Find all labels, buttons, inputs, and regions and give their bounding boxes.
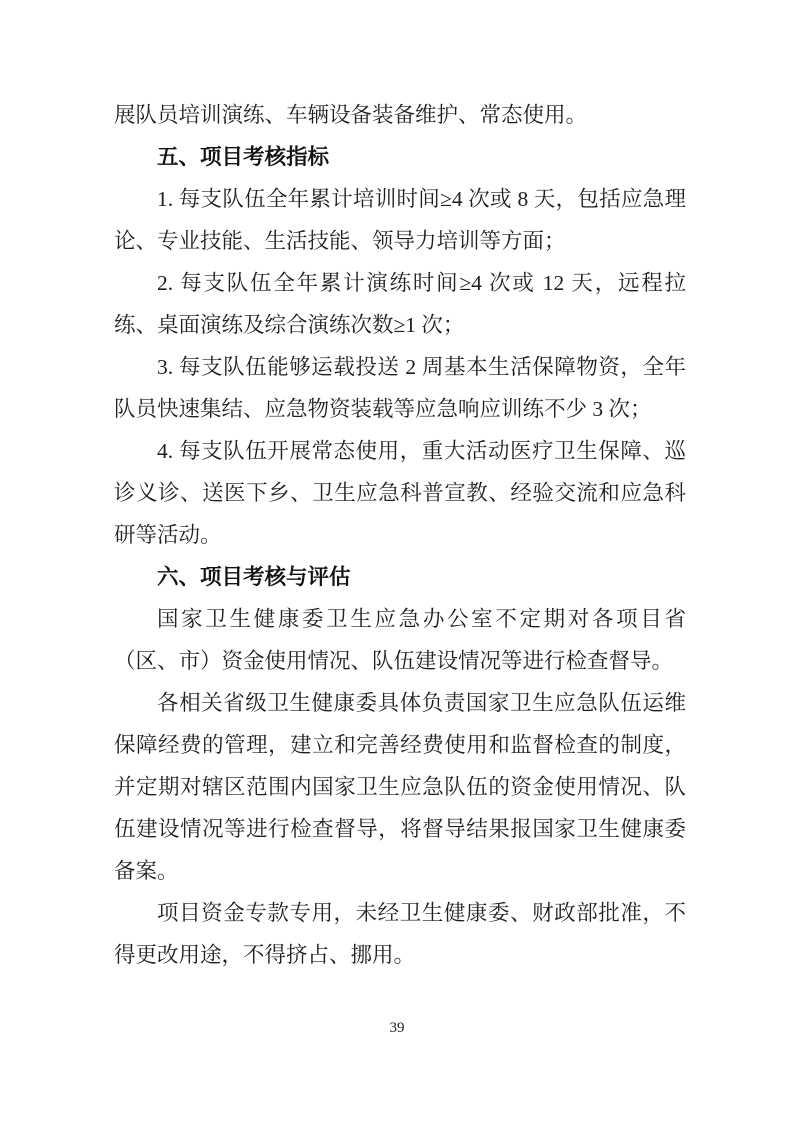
paragraph-evaluation-1: 国家卫生健康委卫生应急办公室不定期对各项目省（区、市）资金使用情况、队伍建设情况… xyxy=(114,598,686,682)
paragraph-indicator-3: 3. 每支队伍能够运载投送 2 周基本生活保障物资，全年队员快速集结、应急物资装… xyxy=(114,346,686,430)
page-number: 39 xyxy=(0,1020,794,1037)
paragraph-indicator-4: 4. 每支队伍开展常态使用，重大活动医疗卫生保障、巡诊义诊、送医下乡、卫生应急科… xyxy=(114,430,686,556)
paragraph-evaluation-2: 各相关省级卫生健康委具体负责国家卫生应急队伍运维保障经费的管理，建立和完善经费使… xyxy=(114,682,686,892)
continuation-paragraph: 展队员培训演练、车辆设备装备维护、常态使用。 xyxy=(114,94,686,136)
document-content: 展队员培训演练、车辆设备装备维护、常态使用。 五、项目考核指标 1. 每支队伍全… xyxy=(114,94,686,976)
paragraph-indicator-2: 2. 每支队伍全年累计演练时间≥4 次或 12 天，远程拉练、桌面演练及综合演练… xyxy=(114,262,686,346)
paragraph-evaluation-3: 项目资金专款专用，未经卫生健康委、财政部批准，不得更改用途，不得挤占、挪用。 xyxy=(114,892,686,976)
paragraph-indicator-1: 1. 每支队伍全年累计培训时间≥4 次或 8 天，包括应急理论、专业技能、生活技… xyxy=(114,178,686,262)
document-page: 展队员培训演练、车辆设备装备维护、常态使用。 五、项目考核指标 1. 每支队伍全… xyxy=(0,0,794,1122)
section-heading-assessment-evaluation: 六、项目考核与评估 xyxy=(114,556,686,598)
section-heading-assessment-indicators: 五、项目考核指标 xyxy=(114,136,686,178)
